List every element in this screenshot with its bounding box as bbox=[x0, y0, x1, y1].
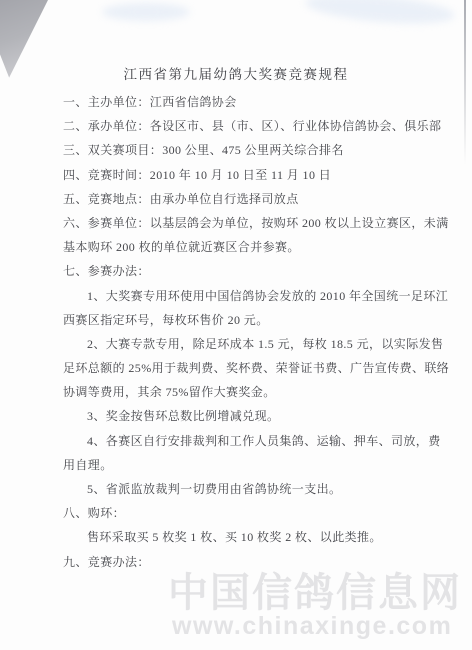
document-line: 四、竞赛时间：2010 年 10 月 10 日至 11 月 10 日 bbox=[63, 163, 409, 187]
document-line: 3、奖金按售环总数比例增减兑现。 bbox=[63, 404, 409, 428]
document-line: 1、大奖赛专用环使用中国信鸽协会发放的 2010 年全国统一足环江 bbox=[63, 284, 409, 308]
scan-smudge-top-right bbox=[304, 0, 456, 28]
scanned-document-page: 江西省第九届幼鸽大奖赛竞赛规程 一、主办单位：江西省信鸽协会二、承办单位：各设区… bbox=[0, 0, 472, 650]
scan-smudge-top-center bbox=[102, 3, 190, 21]
watermark-site-name: 中国信鸽信息网 bbox=[168, 571, 462, 615]
document-line: 五、竞赛地点：由承办单位自行选择司放点 bbox=[63, 187, 409, 211]
document-line: 七、参赛办法： bbox=[63, 259, 409, 283]
document-line: 协调等费用，其余 75%留作大赛奖金。 bbox=[63, 380, 409, 404]
document-line: 5、省派监放裁判一切费用由省鸽协统一支出。 bbox=[63, 477, 409, 501]
scan-edge-line bbox=[464, 0, 466, 165]
page-corner-fold-artifact bbox=[0, 0, 48, 80]
document-body: 一、主办单位：江西省信鸽协会二、承办单位：各设区市、县（市、区）、行业体协信鸽协… bbox=[63, 90, 409, 574]
document-line: 二、承办单位：各设区市、县（市、区）、行业体协信鸽协会、俱乐部 bbox=[63, 114, 409, 138]
document-content: 江西省第九届幼鸽大奖赛竞赛规程 一、主办单位：江西省信鸽协会二、承办单位：各设区… bbox=[63, 66, 409, 574]
document-line: 售环采取买 5 枚奖 1 枚、买 10 枚奖 2 枚、以此类推。 bbox=[63, 525, 409, 549]
document-line: 4、各赛区自行安排裁判和工作人员集鸽、运输、押车、司放，费 bbox=[63, 429, 409, 453]
watermark-site-url: www.chinaxinge.com bbox=[172, 612, 452, 640]
document-line: 西赛区指定环号，每枚环售价 20 元。 bbox=[63, 308, 409, 332]
document-title: 江西省第九届幼鸽大奖赛竞赛规程 bbox=[63, 66, 409, 84]
document-line: 一、主办单位：江西省信鸽协会 bbox=[63, 90, 409, 114]
document-line: 2、大赛专款专用，除足环成本 1.5 元，每枚 18.5 元，以实际发售 bbox=[63, 332, 409, 356]
document-line: 用自理。 bbox=[63, 453, 409, 477]
document-line: 八、购环： bbox=[63, 501, 409, 525]
document-line: 基本购环 200 枚的单位就近赛区合并参赛。 bbox=[63, 235, 409, 259]
document-line: 三、双关赛项目：300 公里、475 公里两关综合排名 bbox=[63, 138, 409, 162]
document-line: 六、参赛单位：以基层鸽会为单位，按购环 200 枚以上设立赛区，未满 bbox=[63, 211, 409, 235]
document-line: 足环总额的 25%用于裁判费、奖杯费、荣誉证书费、广告宣传费、联络 bbox=[63, 356, 409, 380]
